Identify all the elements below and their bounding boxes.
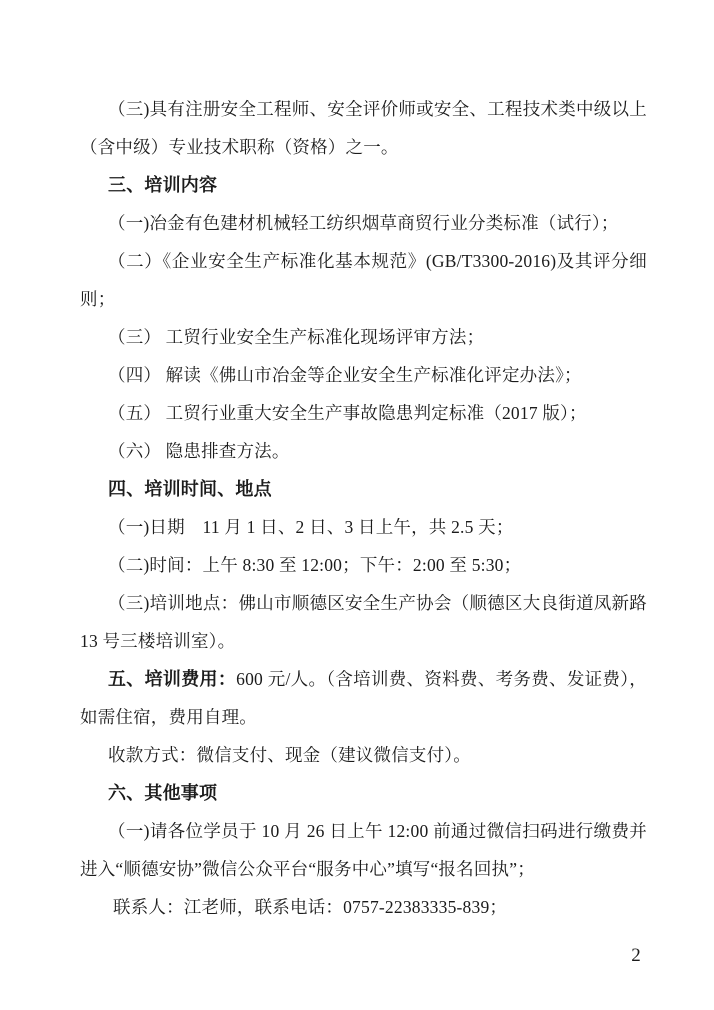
other-item-1-line1: （一)请各位学员于 10 月 26 日上午 12:00 前通过微信扫码进行缴费并 <box>80 812 647 850</box>
para-qualification-line2: （含中级）专业技术职称（资格）之一。 <box>80 128 647 166</box>
fee-line1: 五、培训费用：600 元/人。（含培训费、资料费、考务费、发证费）， <box>80 660 647 698</box>
content-item-4: （四） 解读《佛山市冶金等企业安全生产标准化评定办法》； <box>80 356 647 394</box>
heading-section-6: 六、其他事项 <box>80 774 647 812</box>
time-item-2: （二)时间：上午 8:30 至 12:00；下午：2:00 至 5:30； <box>80 546 647 584</box>
content-item-1: （一)冶金有色建材机械轻工纺织烟草商贸行业分类标准（试行）； <box>80 204 647 242</box>
contact-line: 联系人：江老师，联系电话：0757-22383335-839； <box>80 888 647 926</box>
content-item-6: （六） 隐患排查方法。 <box>80 432 647 470</box>
text-run: 600 元/人。（含培训费、资料费、考务费、发证费）， <box>236 669 647 689</box>
time-item-3-line1: （三)培训地点：佛山市顺德区安全生产协会（顺德区大良街道凤新路 <box>80 584 647 622</box>
payment-method: 收款方式：微信支付、现金（建议微信支付）。 <box>80 736 647 774</box>
bold-text-run: 五、培训费用： <box>108 669 236 689</box>
para-qualification-line1: （三)具有注册安全工程师、安全评价师或安全、工程技术类中级以上 <box>80 90 647 128</box>
other-item-1-line2: 进入“顺德安协”微信公众平台“服务中心”填写“报名回执”； <box>80 850 647 888</box>
document-lines: （三)具有注册安全工程师、安全评价师或安全、工程技术类中级以上（含中级）专业技术… <box>80 90 647 926</box>
content-item-2-line1: （二）《企业安全生产标准化基本规范》(GB/T3300-2016)及其评分细 <box>80 242 647 280</box>
document-page: （三)具有注册安全工程师、安全评价师或安全、工程技术类中级以上（含中级）专业技术… <box>0 0 714 1010</box>
page-number: 2 <box>624 941 648 971</box>
time-item-1: （一)日期 11 月 1 日、2 日、3 日上午，共 2.5 天； <box>80 508 647 546</box>
content-item-2-line2: 则； <box>80 280 647 318</box>
fee-line2: 如需住宿，费用自理。 <box>80 698 647 736</box>
time-item-3-line2: 13 号三楼培训室）。 <box>80 622 647 660</box>
content-item-5: （五） 工贸行业重大安全生产事故隐患判定标准（2017 版）； <box>80 394 647 432</box>
heading-section-3: 三、培训内容 <box>80 166 647 204</box>
heading-section-4: 四、培训时间、地点 <box>80 470 647 508</box>
content-item-3: （三） 工贸行业安全生产标准化现场评审方法； <box>80 318 647 356</box>
